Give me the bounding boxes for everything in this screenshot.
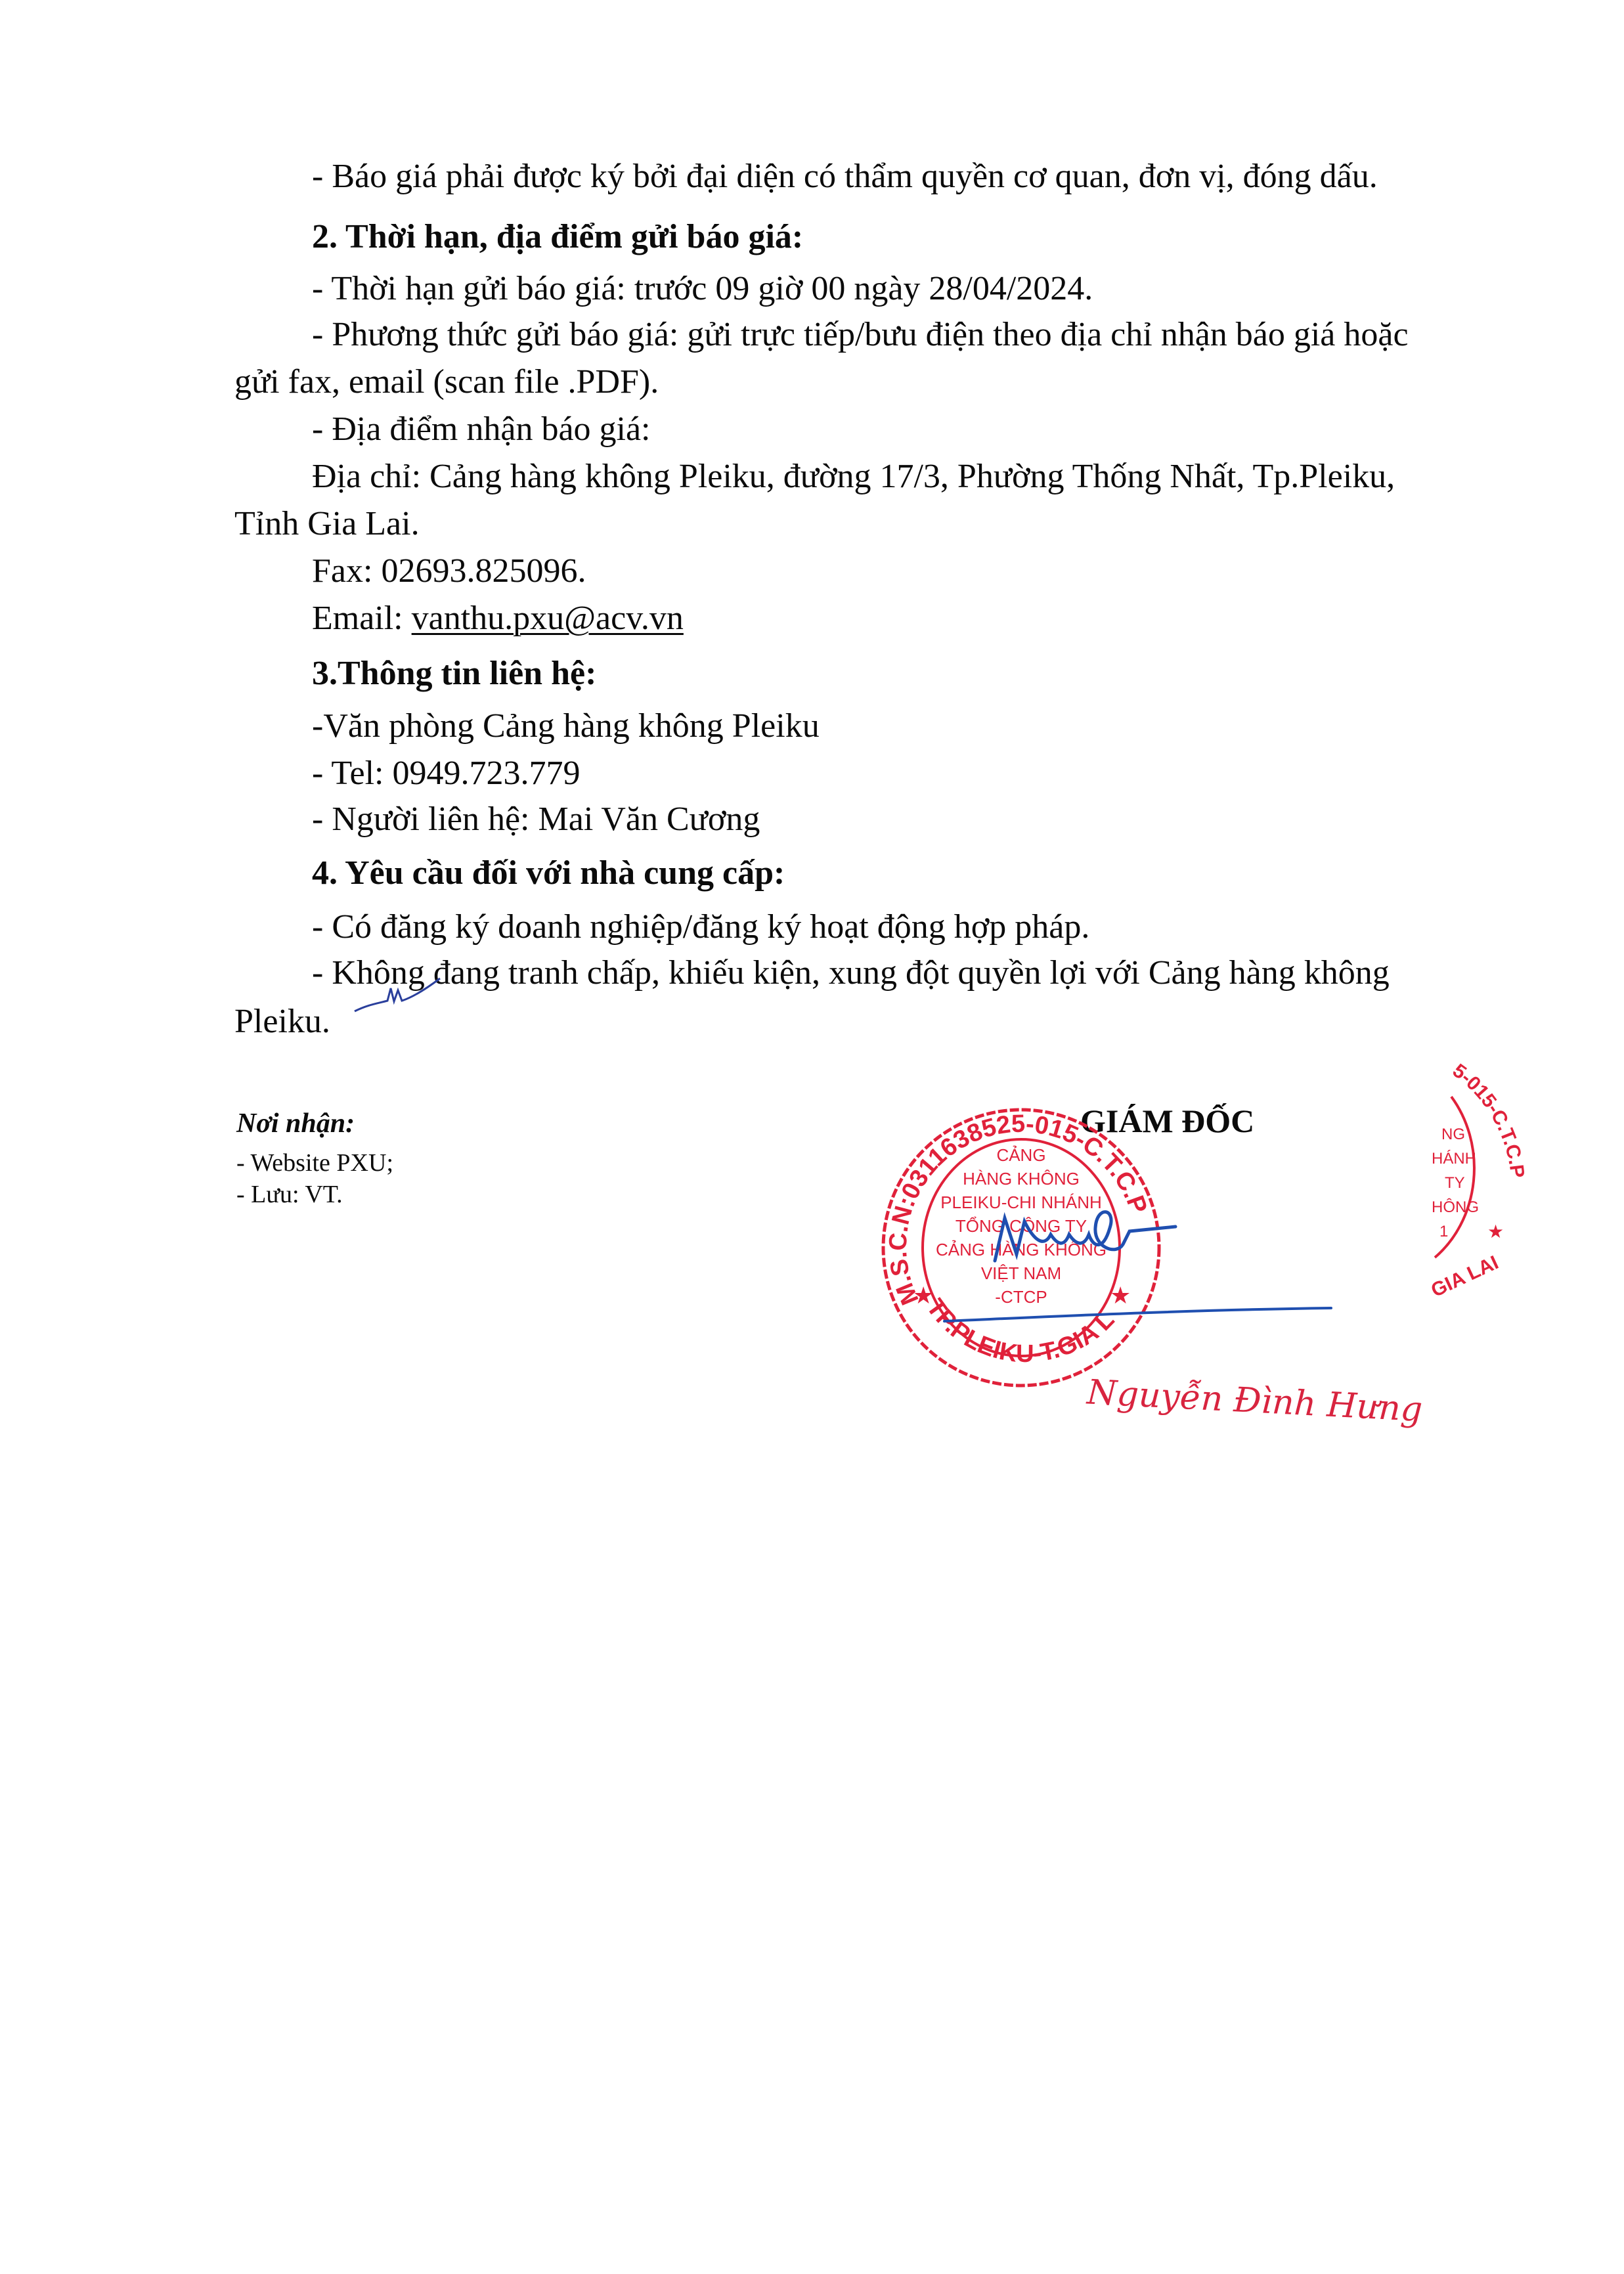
initials-scribble — [355, 978, 440, 1011]
document-page: - Báo giá phải được ký bởi đại diện có t… — [0, 0, 1624, 2274]
svg-text:CẢNG: CẢNG — [996, 1145, 1045, 1165]
svg-text:NG: NG — [1441, 1126, 1465, 1143]
stamp-and-signature-graphics: M.S.C.N:0311638525-015-C.T.C.P TP.PLEIKU… — [0, 0, 1624, 2274]
stamp-star-icon: ★ — [1487, 1221, 1504, 1242]
stamp-inner-text: CẢNGHÀNG KHÔNGPLEIKU-CHI NHÁNHTỔNG CÔNG … — [936, 1145, 1107, 1307]
partial-stamp-bottom-text: GIA LAI — [1428, 1252, 1502, 1301]
signatory-name: Nguyễn Đình Hưng — [1085, 1372, 1424, 1430]
stamp-bottom-text: TP.PLEIKU-T.GIA LAI — [0, 0, 1120, 1368]
svg-text:PLEIKU-CHI NHÁNH: PLEIKU-CHI NHÁNH — [940, 1192, 1102, 1212]
stamp-star-icon: ★ — [1110, 1282, 1131, 1309]
svg-text:VIỆT NAM: VIỆT NAM — [981, 1263, 1061, 1283]
svg-text:-CTCP: -CTCP — [995, 1287, 1047, 1307]
svg-text:HÀNG KHÔNG: HÀNG KHÔNG — [963, 1169, 1080, 1189]
svg-text:1: 1 — [1439, 1223, 1448, 1240]
stamp-star-icon: ★ — [913, 1282, 934, 1309]
svg-text:HÔNG: HÔNG — [1432, 1198, 1479, 1216]
svg-text:HÁNH: HÁNH — [1432, 1150, 1476, 1168]
svg-text:TY: TY — [1445, 1174, 1465, 1192]
